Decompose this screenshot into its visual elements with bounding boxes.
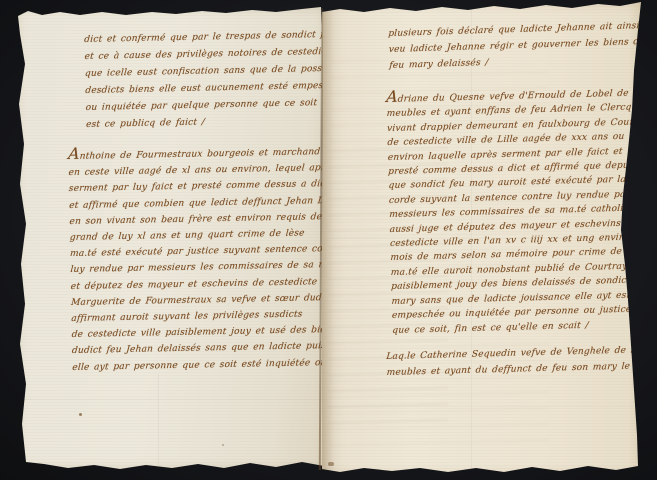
manuscript-scan: dict et confermé que par le trespas de s…: [0, 0, 657, 480]
left-page-vertical-crease: [157, 374, 159, 470]
right-page-paragraph-3: Laq.le Catherine Sequedin vefve de Vengh…: [386, 343, 657, 381]
foxing-speck: [79, 413, 82, 416]
foxing-speck: [328, 462, 334, 466]
left-page: dict et confermé que par le trespas de s…: [14, 4, 334, 472]
right-page: plusieurs fois déclaré que ladicte Jehan…: [320, 0, 644, 478]
left-page-horizontal-crease: [24, 398, 322, 400]
right-page-paragraph-1: plusieurs fois déclaré que ladicte Jehan…: [388, 17, 657, 74]
right-page-horizontal-crease: [324, 405, 634, 407]
right-page-paragraph-2: Adriane du Quesne vefve d'Ernould de Lob…: [386, 83, 657, 338]
foxing-speck: [222, 444, 224, 446]
